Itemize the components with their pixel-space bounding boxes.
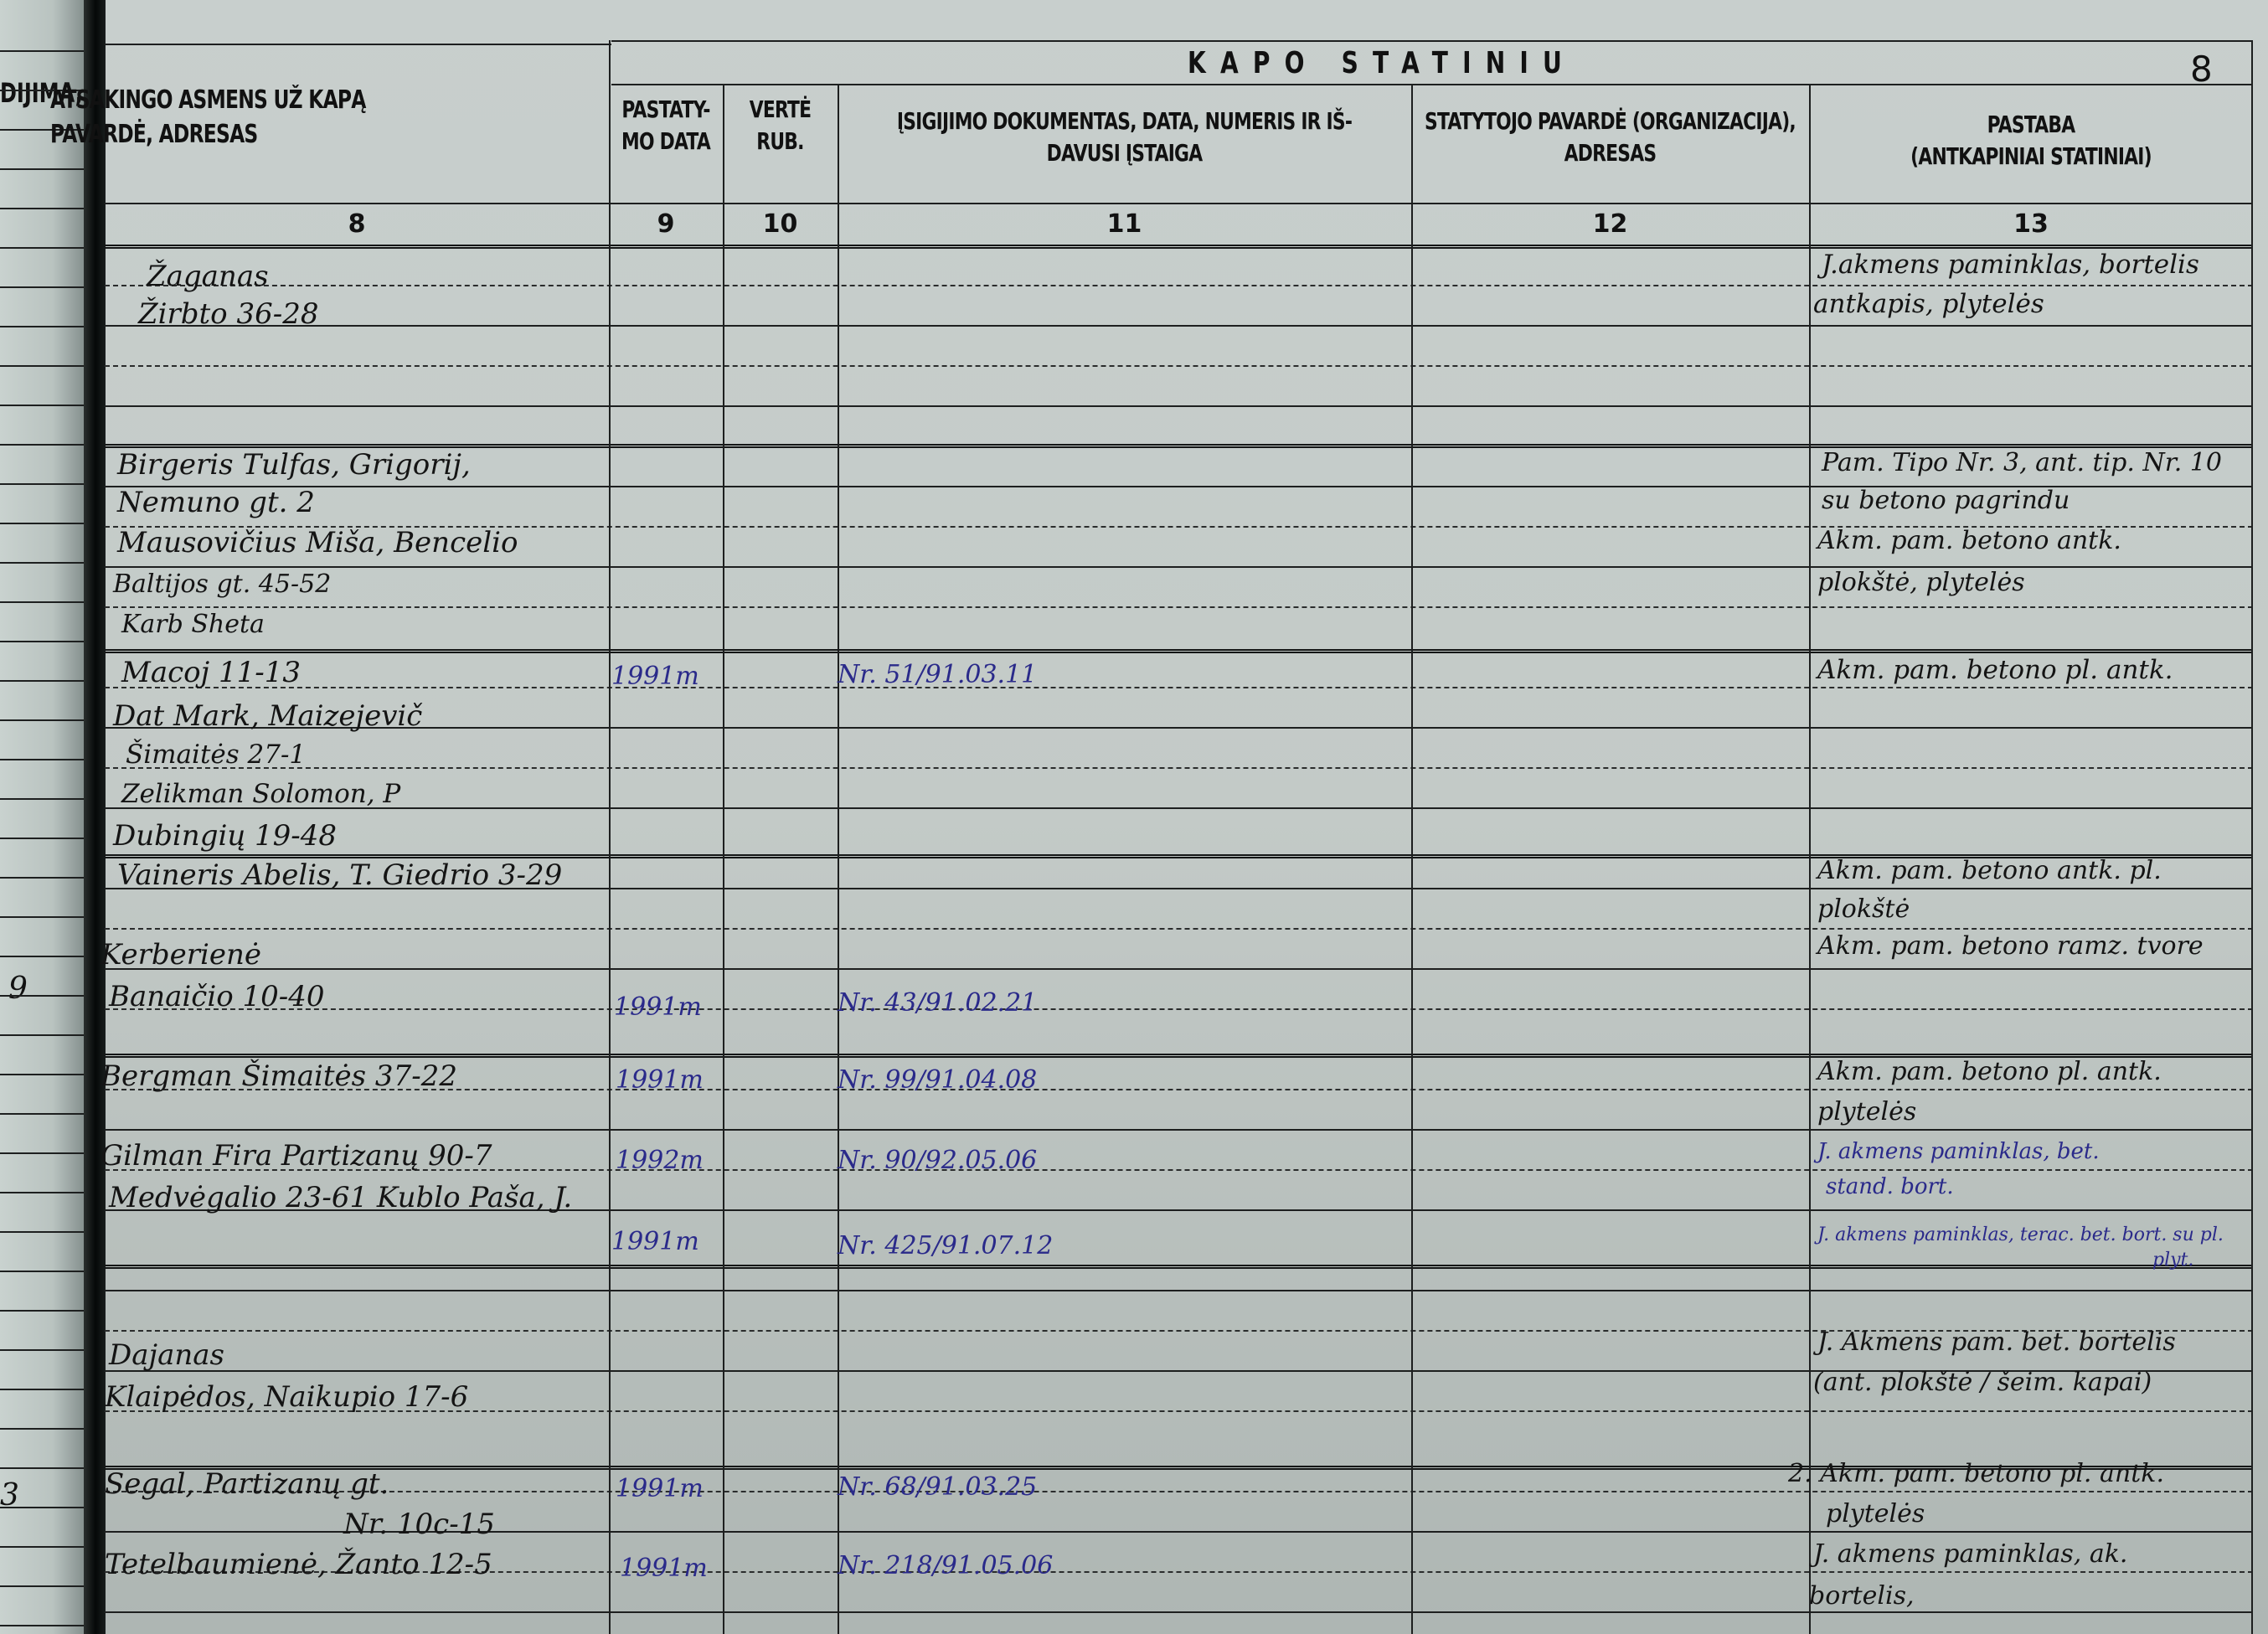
built-date: 1991m (611, 1227, 699, 1256)
remark: Akm. pam. betono pl. antk. (1817, 1057, 2162, 1086)
rule-line (105, 606, 2253, 608)
rule-line (0, 444, 84, 446)
rule-line (0, 326, 84, 327)
rule-line (0, 719, 84, 721)
remark: J. akmens paminklas, bet. (1817, 1139, 2100, 1164)
col10-title: VERTĖ RUB. (735, 94, 825, 157)
rule-line (0, 680, 84, 682)
responsible-address: Baltijos gt. 45-52 (113, 570, 331, 599)
remark: su betono pagrindu (1822, 486, 2070, 515)
responsible-person: Tetelbaumienė, Žanto 12-5 (105, 1548, 492, 1581)
col12-title-line: STATYTOJO PAVARDĖ (ORGANIZACIJA), (1399, 106, 1821, 137)
remark: plokštė, plytelės (1817, 568, 2025, 597)
responsible-address: Klaipėdos, Naikupio 17-6 (105, 1380, 468, 1414)
responsible-person: Kerberienė (101, 938, 261, 972)
col11-title: ĮSIGIJIMO DOKUMENTAS, DATA, NUMERIS IR I… (862, 106, 1388, 169)
rule-line (105, 44, 611, 45)
rule-line (105, 807, 2253, 809)
rule-line (0, 405, 84, 406)
rule-line (105, 1129, 2253, 1131)
rule-line (105, 405, 2253, 407)
column-divider (1809, 84, 1811, 1634)
rule-line (0, 208, 84, 209)
rule-line (0, 1349, 84, 1351)
col8-title-line: PAVARDĖ, ADRESAS (50, 118, 390, 152)
remark: J. Akmens pam. bet. bortelis (1817, 1327, 2176, 1357)
rule-line (0, 1310, 84, 1312)
book-spine (84, 0, 107, 1634)
rule-line (105, 285, 2253, 286)
col11-title-line: ĮSIGIJIMO DOKUMENTAS, DATA, NUMERIS IR I… (862, 106, 1388, 137)
rule-line (0, 1389, 84, 1390)
rule-line (105, 1265, 2253, 1269)
remark: bortelis, (1809, 1581, 1915, 1611)
column-divider (2251, 40, 2253, 1634)
rule-line (0, 1034, 84, 1036)
rule-line (105, 245, 2253, 249)
column-divider (609, 40, 611, 1634)
rule-line (105, 203, 2253, 204)
col12-title: STATYTOJO PAVARDĖ (ORGANIZACIJA), ADRESA… (1399, 106, 1821, 169)
col-number: 12 (1411, 209, 1809, 239)
rule-line (105, 1290, 2253, 1291)
remark: plyt. (2152, 1250, 2193, 1271)
rule-line (0, 956, 84, 957)
margin-number: 9 (8, 972, 28, 1006)
col-number: 13 (1809, 209, 2253, 239)
group-title: KAPO STATINIU (1055, 44, 1709, 85)
rule-line (0, 168, 84, 170)
col8-title: ATSAKINGO ASMENS UŽ KAPĄ PAVARDĖ, ADRESA… (50, 84, 390, 152)
rule-line (0, 1585, 84, 1587)
rule-line (105, 687, 2253, 688)
rule-line (0, 483, 84, 485)
rule-line (0, 1192, 84, 1193)
acquisition-document: Nr. 90/92.05.06 (838, 1146, 1037, 1175)
col13-title-line: PASTABA (1858, 109, 2204, 141)
remark: plytelės (1817, 1097, 1916, 1126)
rule-line (105, 767, 2253, 769)
page-number: 8 (2190, 49, 2213, 90)
responsible-address: Nemuno gt. 2 (117, 486, 315, 519)
remark: (ant. plokštė / šeim. kapai) (1813, 1368, 2152, 1397)
responsible-address: Macoj 11-13 (121, 656, 301, 689)
remark: antkapis, plytelės (1813, 289, 2044, 319)
col12-title-line: ADRESAS (1399, 137, 1821, 169)
responsible-person: Dajanas (109, 1338, 224, 1372)
rule-line (0, 601, 84, 603)
col-number: 11 (838, 209, 1411, 239)
rule-line (0, 50, 84, 52)
remark: Akm. pam. betono antk. pl. (1817, 856, 2162, 885)
responsible-address: Banaičio 10-40 (109, 980, 325, 1013)
rule-line (105, 649, 2253, 653)
rule-line (0, 916, 84, 918)
built-date: 1991m (616, 1065, 704, 1095)
built-date: 1991m (614, 992, 702, 1022)
remark: plytelės (1826, 1499, 1925, 1528)
rule-line (0, 1507, 84, 1508)
rule-line (0, 798, 84, 800)
rule-line (105, 1491, 2253, 1492)
rule-line (0, 1152, 84, 1154)
rule-line (0, 1467, 84, 1469)
responsible-person: Zelikman Solomon, P (121, 779, 400, 809)
column-divider (838, 84, 839, 1634)
rule-line (0, 365, 84, 367)
col13-title: PASTABA (ANTKAPINIAI STATINIAI) (1858, 109, 2204, 173)
rule-line (0, 1113, 84, 1115)
responsible-address: Šimaitės 27-1 (126, 740, 306, 770)
remark: Akm. pam. betono antk. (1817, 526, 2121, 555)
acquisition-document: Nr. 99/91.04.08 (838, 1065, 1037, 1095)
built-date: 1991m (616, 1474, 704, 1503)
rule-line (0, 838, 84, 839)
rule-line (105, 1008, 2253, 1010)
responsible-person: Bergman Šimaitės 37-22 (101, 1059, 457, 1093)
rule-line (0, 1428, 84, 1430)
rule-line (0, 1625, 84, 1626)
rule-line (0, 1271, 84, 1272)
rule-line (105, 727, 2253, 729)
col10-title-line: RUB. (735, 126, 825, 157)
rule-line (105, 1611, 2253, 1613)
responsible-person: Gilman Fira Partizanų 90-7 (101, 1139, 492, 1173)
col8-title-line: ATSAKINGO ASMENS UŽ KAPĄ (50, 84, 390, 118)
acquisition-document: Nr. 51/91.03.11 (838, 660, 1037, 689)
acquisition-document: Nr. 43/91.02.21 (838, 988, 1037, 1018)
rule-line (0, 877, 84, 879)
rule-line (0, 995, 84, 997)
acquisition-document: Nr. 68/91.03.25 (838, 1472, 1037, 1502)
col10-title-line: VERTĖ (735, 94, 825, 126)
remark: plokštė (1817, 894, 1910, 924)
rule-line (0, 1546, 84, 1548)
remark: Pam. Tipo Nr. 3, ant. tip. Nr. 10 (1822, 448, 2222, 477)
col9-title: PASTATY- MO DATA (621, 94, 710, 157)
remark: 2. Akm. pam. betono pl. antk. (1788, 1459, 2164, 1488)
rule-line (105, 968, 2253, 970)
rule-line (611, 40, 2253, 42)
remark: J.akmens paminklas, bortelis (1822, 250, 2199, 280)
col11-title-line: DAVUSI ĮSTAIGA (862, 137, 1388, 169)
built-date: 1991m (611, 662, 699, 691)
acquisition-document: Nr. 218/91.05.06 (838, 1551, 1053, 1580)
rule-line (0, 523, 84, 524)
responsible-address: Medvėgalio 23-61 Kublo Paša, J. (109, 1181, 572, 1214)
built-date: 1992m (616, 1146, 704, 1175)
acquisition-document: Nr. 425/91.07.12 (838, 1231, 1053, 1260)
responsible-person: Žaganas (147, 260, 269, 293)
rule-line (105, 365, 2253, 367)
rule-line (0, 286, 84, 288)
responsible-person: Vaineris Abelis, T. Giedrio 3-29 (117, 858, 562, 892)
remark: Akm. pam. betono pl. antk. (1817, 655, 2173, 685)
responsible-person: Segal, Partizanų gt. (105, 1467, 389, 1501)
remark: stand. bort. (1826, 1174, 1954, 1199)
responsible-person: Birgeris Tulfas, Grigorij, (117, 448, 471, 482)
responsible-address: Žirbto 36-28 (138, 297, 318, 331)
column-divider (723, 84, 724, 1634)
rule-line (0, 562, 84, 564)
responsible-person: Karb Sheta (121, 610, 265, 639)
col-number: 8 (105, 209, 609, 239)
responsible-person: Mausovičius Miša, Bencelio (117, 526, 518, 559)
remark: J. akmens paminklas, ak. (1813, 1539, 2127, 1569)
built-date: 1991m (620, 1554, 708, 1583)
column-divider (1411, 84, 1413, 1634)
col9-title-line: PASTATY- (621, 94, 710, 126)
rule-line (0, 247, 84, 249)
rule-line (0, 759, 84, 760)
remark: Akm. pam. betono ramz. tvore (1817, 931, 2204, 961)
col9-title-line: MO DATA (621, 126, 710, 157)
remark: J. akmens paminklas, terac. bet. bort. s… (1817, 1224, 2224, 1245)
rule-line (0, 1074, 84, 1075)
col13-title-line: (ANTKAPINIAI STATINIAI) (1858, 141, 2204, 173)
rule-line (105, 928, 2253, 930)
rule-line (105, 325, 2253, 327)
col-number: 9 (609, 209, 723, 239)
responsible-address: Nr. 10c-15 (343, 1508, 495, 1541)
responsible-person: Dat Mark, Maizejevič (113, 699, 422, 733)
rule-line (0, 1231, 84, 1233)
col-number: 10 (723, 209, 838, 239)
rule-line (0, 641, 84, 642)
responsible-address: Dubingių 19-48 (113, 819, 337, 853)
